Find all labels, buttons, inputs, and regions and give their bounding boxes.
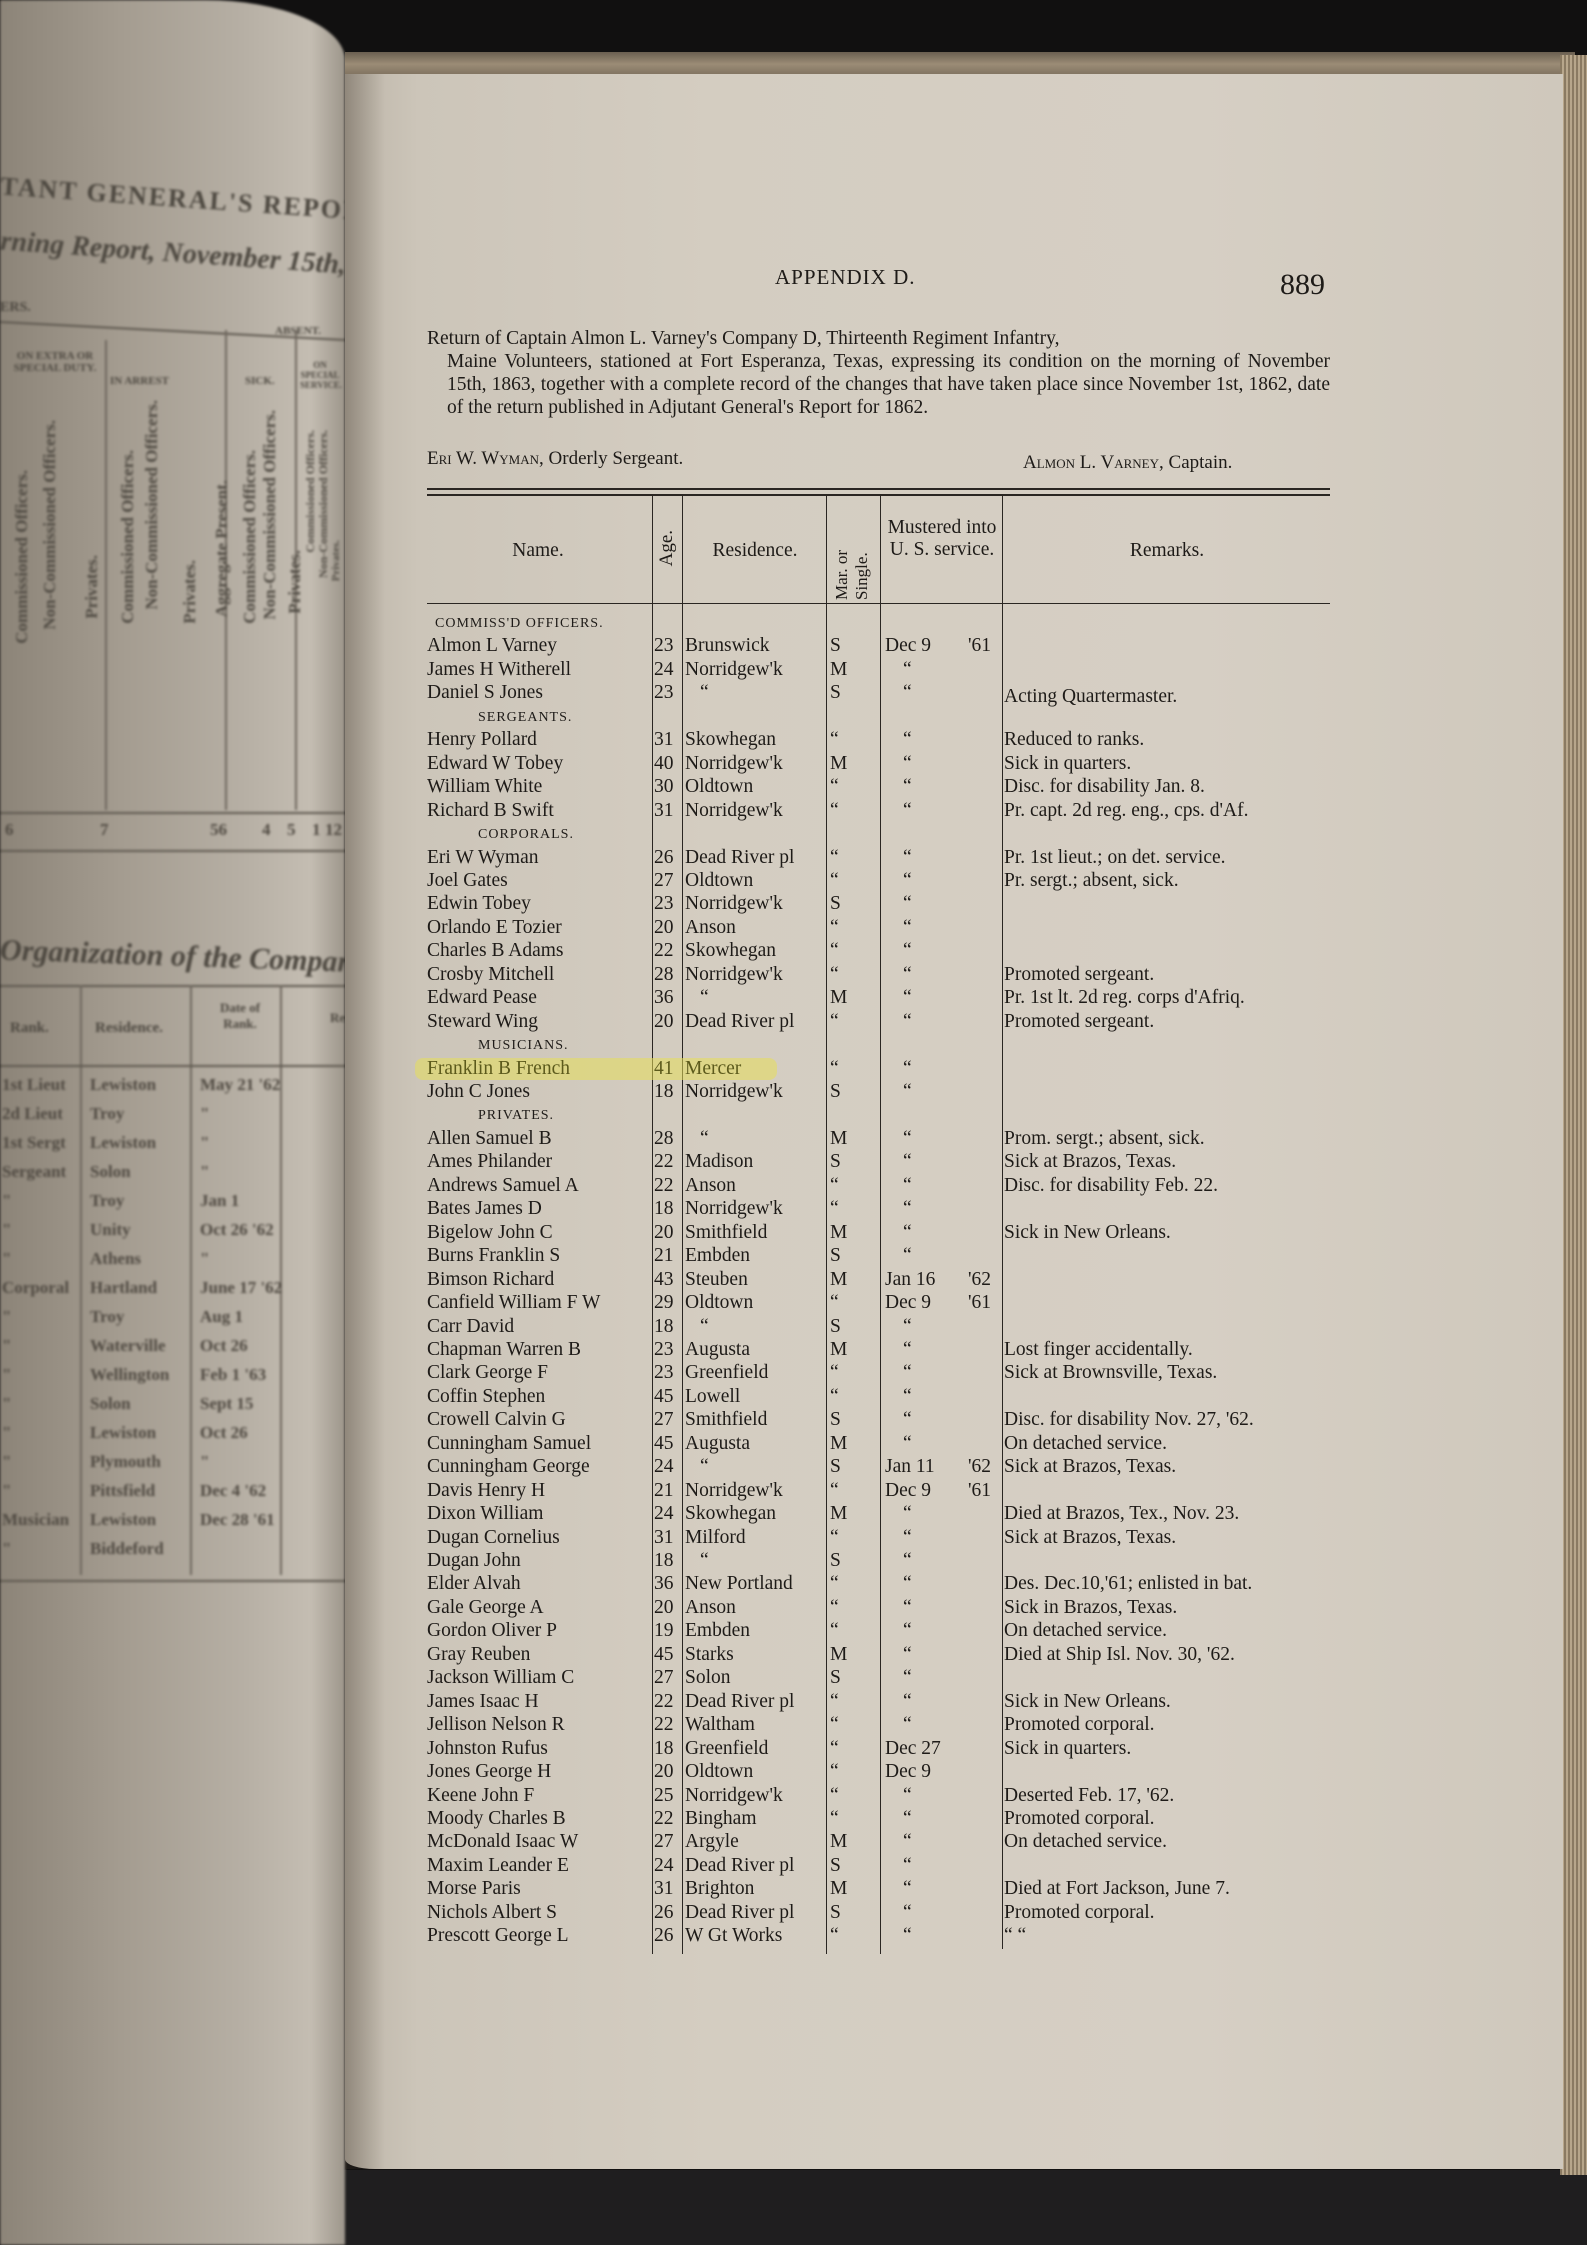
cell-residence: Anson xyxy=(685,1597,736,1619)
org-rank: 1st Sergt xyxy=(2,1133,66,1153)
cell-name: Gordon Oliver P xyxy=(427,1620,557,1642)
cell-residence: New Portland xyxy=(685,1573,793,1595)
cell-name: Jones George H xyxy=(427,1761,551,1783)
cell-residence: Lowell xyxy=(685,1386,740,1408)
cell-remarks: Lost finger accidentally. xyxy=(1004,1339,1193,1361)
cell-name: Cunningham Samuel xyxy=(427,1433,591,1455)
left-total: 12 xyxy=(325,820,342,840)
cell-residence: W Gt Works xyxy=(685,1925,782,1947)
org-residence: Troy xyxy=(90,1104,124,1124)
org-residence: Lewiston xyxy=(90,1510,156,1530)
org-residence: Unity xyxy=(90,1220,131,1240)
cell-remarks: Pr. sergt.; absent, sick. xyxy=(1004,870,1179,892)
cell-mustered: “ xyxy=(903,753,912,775)
left-vline xyxy=(190,985,192,1575)
cell-name: Edwin Tobey xyxy=(427,893,531,915)
cell-age: 45 xyxy=(654,1644,674,1666)
cell-year: '61 xyxy=(968,1292,991,1314)
org-date: " xyxy=(200,1104,209,1124)
cell-residence: Skowhegan xyxy=(685,729,776,751)
header-marital: Mar. or Single. xyxy=(832,505,874,600)
cell-remarks: Sick at Brazos, Texas. xyxy=(1004,1527,1176,1549)
left-vheader: Non-Commissioned Officers. xyxy=(316,430,331,578)
cell-age: 27 xyxy=(654,1831,674,1853)
cell-marital: M xyxy=(830,987,847,1009)
org-residence: Solon xyxy=(90,1394,131,1414)
cell-mustered: “ xyxy=(903,870,912,892)
org-residence: Lewiston xyxy=(90,1133,156,1153)
cell-remarks: Promoted sergeant. xyxy=(1004,1011,1154,1033)
cell-residence: Norridgew'k xyxy=(685,753,783,775)
org-date: June 17 '62 xyxy=(200,1278,282,1298)
intro-rest: Maine Volunteers, stationed at Fort Espe… xyxy=(427,350,1330,419)
org-rank: " xyxy=(2,1539,11,1559)
appendix-heading: APPENDIX D. xyxy=(775,265,916,290)
org-rank: " xyxy=(2,1191,11,1211)
org-residence: Troy xyxy=(90,1307,124,1327)
cell-residence: Norridgew'k xyxy=(685,964,783,986)
cell-marital: “ xyxy=(830,1011,839,1033)
cell-remarks: Sick in quarters. xyxy=(1004,1738,1131,1760)
org-residence: Wellington xyxy=(90,1365,169,1385)
cell-marital: S xyxy=(830,1902,841,1924)
cell-age: 26 xyxy=(654,1902,674,1924)
cell-age: 21 xyxy=(654,1245,674,1267)
cell-name: John C Jones xyxy=(427,1081,530,1103)
cell-marital: S xyxy=(830,682,841,704)
cell-mustered: Dec 9 xyxy=(885,635,931,657)
cell-remarks: Died at Brazos, Tex., Nov. 23. xyxy=(1004,1503,1239,1525)
cell-remarks: Promoted corporal. xyxy=(1004,1808,1155,1830)
org-date: Aug 1 xyxy=(200,1307,243,1327)
cell-name: Dixon William xyxy=(427,1503,543,1525)
left-org-header-rank: Rank. xyxy=(10,1020,49,1037)
left-rule xyxy=(0,850,345,852)
cell-mustered: “ xyxy=(903,964,912,986)
cell-residence: Oldtown xyxy=(685,870,753,892)
cell-residence: Dead River pl xyxy=(685,1691,794,1713)
cell-mustered: “ xyxy=(903,917,912,939)
header-mustered: Mustered into U. S. service. xyxy=(884,517,1000,561)
header-bottom-rule xyxy=(427,603,1330,604)
cell-name: Bigelow John C xyxy=(427,1222,553,1244)
cell-residence: Norridgew'k xyxy=(685,1081,783,1103)
cell-marital: “ xyxy=(830,1198,839,1220)
header-age: Age. xyxy=(657,530,677,566)
cell-mustered: “ xyxy=(903,1925,912,1947)
cell-name: Morse Paris xyxy=(427,1878,521,1900)
cell-residence: Dead River pl xyxy=(685,1011,794,1033)
org-residence: Troy xyxy=(90,1191,124,1211)
cell-mustered: “ xyxy=(903,776,912,798)
cell-age: 24 xyxy=(654,1456,674,1478)
org-residence: Waterville xyxy=(90,1336,166,1356)
org-residence: Lewiston xyxy=(90,1075,156,1095)
cell-residence: Augusta xyxy=(685,1339,750,1361)
cell-remarks: On detached service. xyxy=(1004,1433,1167,1455)
cell-mustered: “ xyxy=(903,1503,912,1525)
cell-age: 23 xyxy=(654,1362,674,1384)
cell-marital: “ xyxy=(830,729,839,751)
cell-residence: Dead River pl xyxy=(685,847,794,869)
cell-year: '62 xyxy=(968,1269,991,1291)
cell-marital: M xyxy=(830,1269,847,1291)
cell-residence: Norridgew'k xyxy=(685,800,783,822)
org-date: " xyxy=(200,1249,209,1269)
cell-age: 36 xyxy=(654,987,674,1009)
table-top-rule-double xyxy=(427,494,1330,496)
cell-name: Johnston Rufus xyxy=(427,1738,548,1760)
cell-remarks: Sick in quarters. xyxy=(1004,753,1131,775)
cell-remarks: Promoted corporal. xyxy=(1004,1714,1155,1736)
cell-name: Burns Franklin S xyxy=(427,1245,560,1267)
cell-age: 21 xyxy=(654,1480,674,1502)
cell-remarks: Died at Ship Isl. Nov. 30, '62. xyxy=(1004,1644,1235,1666)
org-residence: Athens xyxy=(90,1249,141,1269)
cell-residence: Brunswick xyxy=(685,635,770,657)
cell-mustered: Dec 9 xyxy=(885,1480,931,1502)
cell-marital: “ xyxy=(830,1738,839,1760)
cell-name: Richard B Swift xyxy=(427,800,554,822)
page-stack-edge xyxy=(1560,55,1587,2175)
cell-remarks: Disc. for disability Feb. 22. xyxy=(1004,1175,1218,1197)
left-rule xyxy=(0,1065,345,1067)
cell-age: 45 xyxy=(654,1386,674,1408)
cell-marital: “ xyxy=(830,1785,839,1807)
cell-marital: M xyxy=(830,1222,847,1244)
cell-mustered: “ xyxy=(903,1855,912,1877)
org-rank: 1st Lieut xyxy=(2,1075,66,1095)
cell-name: Moody Charles B xyxy=(427,1808,566,1830)
cell-age: 18 xyxy=(654,1316,674,1338)
cell-marital: “ xyxy=(830,940,839,962)
left-total: 56 xyxy=(210,820,227,840)
cell-residence: Smithfield xyxy=(685,1409,767,1431)
cell-residence: Greenfield xyxy=(685,1362,768,1384)
org-rank: Corporal xyxy=(2,1278,69,1298)
cell-name: Bimson Richard xyxy=(427,1269,554,1291)
cell-name: Maxim Leander E xyxy=(427,1855,569,1877)
cell-age: 18 xyxy=(654,1081,674,1103)
cell-mustered: “ xyxy=(903,1808,912,1830)
left-org-header-remarks: Remarks. xyxy=(330,1010,345,1026)
cell-marital: M xyxy=(830,753,847,775)
page-number: 889 xyxy=(1280,268,1325,302)
left-subtitle: rning Report, November 15th, 1863. xyxy=(0,226,345,287)
cell-age: 23 xyxy=(654,893,674,915)
cell-residence: “ xyxy=(700,1456,709,1478)
section-label: PRIVATES. xyxy=(478,1108,554,1124)
dark-surface-below-book xyxy=(260,2170,1587,2245)
cell-name: Keene John F xyxy=(427,1785,534,1807)
cell-name: Jackson William C xyxy=(427,1667,574,1689)
cell-age: 27 xyxy=(654,1409,674,1431)
cell-age: 23 xyxy=(654,635,674,657)
cell-remarks: Disc. for disability Nov. 27, '62. xyxy=(1004,1409,1254,1431)
cell-age: 29 xyxy=(654,1292,674,1314)
cell-mustered: “ xyxy=(903,1527,912,1549)
cell-age: 20 xyxy=(654,1597,674,1619)
cell-marital: S xyxy=(830,1245,841,1267)
org-residence: Hartland xyxy=(90,1278,157,1298)
org-date: " xyxy=(200,1133,209,1153)
left-vheader: Commissioned Officers. xyxy=(118,450,138,624)
cell-marital: “ xyxy=(830,1573,839,1595)
cell-name: Andrews Samuel A xyxy=(427,1175,579,1197)
left-rule xyxy=(0,812,345,814)
left-vheader: Non-Commissioned Officers. xyxy=(142,400,162,610)
cell-mustered: “ xyxy=(903,1128,912,1150)
cell-age: 24 xyxy=(654,1503,674,1525)
cell-marital: “ xyxy=(830,1925,839,1947)
cell-marital: S xyxy=(830,1550,841,1572)
cell-residence: Norridgew'k xyxy=(685,1480,783,1502)
cell-residence: Oldtown xyxy=(685,1761,753,1783)
left-group-sick: SICK. xyxy=(245,375,275,387)
org-date: Dec 4 '62 xyxy=(200,1481,266,1501)
cell-marital: M xyxy=(830,1339,847,1361)
cell-remarks: Prom. sergt.; absent, sick. xyxy=(1004,1128,1205,1150)
cell-age: 20 xyxy=(654,1222,674,1244)
header-residence: Residence. xyxy=(684,540,826,562)
cell-marital: “ xyxy=(830,800,839,822)
signature-orderly-sergeant: Eri W. Wyman, Orderly Sergeant. xyxy=(427,448,683,470)
cell-remarks: On detached service. xyxy=(1004,1620,1167,1642)
cell-mustered: Dec 27 xyxy=(885,1738,941,1760)
cell-name: Jellison Nelson R xyxy=(427,1714,565,1736)
cell-residence: Oldtown xyxy=(685,776,753,798)
org-residence: Biddeford xyxy=(90,1539,164,1559)
left-vheader: Aggregate Present. xyxy=(212,480,232,617)
cell-age: 22 xyxy=(654,1714,674,1736)
cell-mustered: “ xyxy=(903,1011,912,1033)
cell-year: '61 xyxy=(968,1480,991,1502)
cell-mustered: “ xyxy=(903,1198,912,1220)
cell-marital: M xyxy=(830,1503,847,1525)
cell-name: McDonald Isaac W xyxy=(427,1831,578,1853)
cell-mustered: “ xyxy=(903,1362,912,1384)
cell-marital: “ xyxy=(830,917,839,939)
cell-residence: Skowhegan xyxy=(685,940,776,962)
cell-mustered: “ xyxy=(903,1714,912,1736)
cell-remarks: Promoted corporal. xyxy=(1004,1902,1155,1924)
cell-marital: “ xyxy=(830,870,839,892)
cell-residence: Bingham xyxy=(685,1808,757,1830)
cell-remarks: Sick in New Orleans. xyxy=(1004,1222,1171,1244)
cell-marital: “ xyxy=(830,1761,839,1783)
cell-name: Henry Pollard xyxy=(427,729,537,751)
cell-name: Cunningham George xyxy=(427,1456,590,1478)
org-date: Dec 28 '61 xyxy=(200,1510,275,1530)
cell-age: 25 xyxy=(654,1785,674,1807)
cell-marital: “ xyxy=(830,1808,839,1830)
cell-marital: “ xyxy=(830,1691,839,1713)
cell-age: 27 xyxy=(654,870,674,892)
left-running-head: TANT GENERAL'S REPORT. xyxy=(0,171,345,228)
left-rule xyxy=(0,985,345,987)
cell-residence: “ xyxy=(700,1316,709,1338)
cell-marital: M xyxy=(830,1644,847,1666)
cell-remarks: Promoted sergeant. xyxy=(1004,964,1154,986)
cell-mustered: “ xyxy=(903,1409,912,1431)
col-divider-mustered xyxy=(880,494,881,1954)
cell-marital: M xyxy=(830,659,847,681)
cell-marital: M xyxy=(830,1128,847,1150)
cell-remarks: Acting Quartermaster. xyxy=(1004,686,1177,708)
left-total: 5 xyxy=(287,820,296,840)
col-divider-marital xyxy=(826,494,827,1954)
cell-mustered: “ xyxy=(903,1151,912,1173)
cell-remarks: Sick in Brazos, Texas. xyxy=(1004,1597,1177,1619)
cell-name: Carr David xyxy=(427,1316,514,1338)
org-date: May 21 '62 xyxy=(200,1075,280,1095)
cell-age: 20 xyxy=(654,917,674,939)
left-org-header-date: Date of Rank. xyxy=(205,1000,275,1032)
cell-name: Prescott George L xyxy=(427,1925,569,1947)
cell-residence: Embden xyxy=(685,1245,750,1267)
left-vheader: Privates. xyxy=(82,555,102,619)
cell-name: Eri W Wyman xyxy=(427,847,538,869)
cell-name: William White xyxy=(427,776,542,798)
cell-marital: “ xyxy=(830,1386,839,1408)
cell-age: 22 xyxy=(654,940,674,962)
cell-year: '62 xyxy=(968,1456,991,1478)
left-vheader: Commissioned Officers. xyxy=(240,450,260,624)
cell-remarks: Pr. 1st lieut.; on det. service. xyxy=(1004,847,1226,869)
left-total: 7 xyxy=(100,820,109,840)
cell-mustered: “ xyxy=(903,847,912,869)
org-rank: " xyxy=(2,1307,11,1327)
org-date: " xyxy=(200,1162,209,1182)
cell-age: 22 xyxy=(654,1175,674,1197)
org-date: Sept 15 xyxy=(200,1394,253,1414)
cell-marital: S xyxy=(830,1081,841,1103)
cell-mustered: “ xyxy=(903,1386,912,1408)
intro-first-line: Return of Captain Almon L. Varney's Comp… xyxy=(427,328,1059,349)
cell-name: Bates James D xyxy=(427,1198,542,1220)
cell-age: 22 xyxy=(654,1151,674,1173)
book-top-edge xyxy=(345,52,1575,76)
cell-age: 45 xyxy=(654,1433,674,1455)
cell-marital: “ xyxy=(830,1058,839,1080)
cell-age: 28 xyxy=(654,1128,674,1150)
gutter-shadow xyxy=(345,74,385,2169)
left-group-arrest: IN ARREST xyxy=(110,375,169,387)
cell-marital: S xyxy=(830,635,841,657)
header-name: Name. xyxy=(427,540,649,562)
cell-remarks: Reduced to ranks. xyxy=(1004,729,1144,751)
signature-left-title: Orderly Sergeant. xyxy=(544,448,683,469)
cell-mustered: “ xyxy=(903,1316,912,1338)
cell-remarks: On detached service. xyxy=(1004,1831,1167,1853)
section-label: MUSICIANS. xyxy=(478,1038,569,1054)
cell-name: Steward Wing xyxy=(427,1011,538,1033)
left-rule xyxy=(0,1580,345,1582)
cell-mustered: Jan 11 xyxy=(885,1456,935,1478)
cell-residence: “ xyxy=(700,1550,709,1572)
cell-name: Daniel S Jones xyxy=(427,682,543,704)
cell-residence: Oldtown xyxy=(685,1292,753,1314)
cell-mustered: “ xyxy=(903,1902,912,1924)
cell-remarks: Sick at Brownsville, Texas. xyxy=(1004,1362,1217,1384)
org-date: Feb 1 '63 xyxy=(200,1365,266,1385)
cell-residence: Greenfield xyxy=(685,1738,768,1760)
cell-mustered: “ xyxy=(903,659,912,681)
org-date: Oct 26 xyxy=(200,1423,248,1443)
cell-mustered: “ xyxy=(903,1597,912,1619)
cell-mustered: “ xyxy=(903,1573,912,1595)
section-label: COMMISS'D OFFICERS. xyxy=(435,616,604,632)
cell-remarks: “ “ xyxy=(1004,1925,1026,1947)
signature-captain: Almon L. Varney, Captain. xyxy=(1023,452,1232,474)
cell-marital: “ xyxy=(830,1292,839,1314)
cell-age: 23 xyxy=(654,1339,674,1361)
cell-marital: “ xyxy=(830,1527,839,1549)
org-residence: Plymouth xyxy=(90,1452,161,1472)
cell-remarks: Sick at Brazos, Texas. xyxy=(1004,1151,1176,1173)
cell-residence: Anson xyxy=(685,1175,736,1197)
cell-age: 28 xyxy=(654,964,674,986)
cell-age: 41 xyxy=(654,1058,674,1080)
cell-residence: Anson xyxy=(685,917,736,939)
cell-name: Clark George F xyxy=(427,1362,548,1384)
cell-age: 24 xyxy=(654,659,674,681)
cell-age: 27 xyxy=(654,1667,674,1689)
cell-mustered: Jan 16 xyxy=(885,1269,935,1291)
cell-age: 26 xyxy=(654,847,674,869)
left-vheader: Commissioned Officers. xyxy=(12,470,32,644)
cell-marital: “ xyxy=(830,1620,839,1642)
cell-name: Gale George A xyxy=(427,1597,544,1619)
left-group-absent: ABSENT. xyxy=(275,325,321,337)
cell-residence: Madison xyxy=(685,1151,753,1173)
org-rank: " xyxy=(2,1336,11,1356)
cell-residence: Solon xyxy=(685,1667,731,1689)
cell-remarks: Sick in New Orleans. xyxy=(1004,1691,1171,1713)
org-date: " xyxy=(200,1452,209,1472)
cell-name: Almon L Varney xyxy=(427,635,557,657)
cell-marital: S xyxy=(830,1855,841,1877)
cell-mustered: “ xyxy=(903,1245,912,1267)
cell-remarks: Sick at Brazos, Texas. xyxy=(1004,1456,1176,1478)
left-vheader: Privates. xyxy=(180,560,200,624)
cell-year: '61 xyxy=(968,635,991,657)
cell-mustered: “ xyxy=(903,1081,912,1103)
left-total: 4 xyxy=(262,820,271,840)
cell-marital: “ xyxy=(830,1362,839,1384)
cell-residence: Augusta xyxy=(685,1433,750,1455)
cell-remarks: Pr. 1st lt. 2d reg. corps d'Afriq. xyxy=(1004,987,1245,1009)
cell-age: 24 xyxy=(654,1855,674,1877)
org-residence: Solon xyxy=(90,1162,131,1182)
cell-marital: S xyxy=(830,1456,841,1478)
cell-name: Crowell Calvin G xyxy=(427,1409,566,1431)
org-rank: " xyxy=(2,1220,11,1240)
cell-residence: Waltham xyxy=(685,1714,755,1736)
cell-name: Orlando E Tozier xyxy=(427,917,562,939)
cell-mustered: “ xyxy=(903,729,912,751)
cell-marital: “ xyxy=(830,776,839,798)
cell-mustered: “ xyxy=(903,1339,912,1361)
cell-mustered: “ xyxy=(903,1667,912,1689)
cell-marital: S xyxy=(830,1667,841,1689)
org-rank: " xyxy=(2,1394,11,1414)
cell-residence: Norridgew'k xyxy=(685,893,783,915)
cell-age: 31 xyxy=(654,1878,674,1900)
cell-mustered: “ xyxy=(903,1691,912,1713)
cell-mustered: “ xyxy=(903,1620,912,1642)
cell-marital: “ xyxy=(830,1597,839,1619)
